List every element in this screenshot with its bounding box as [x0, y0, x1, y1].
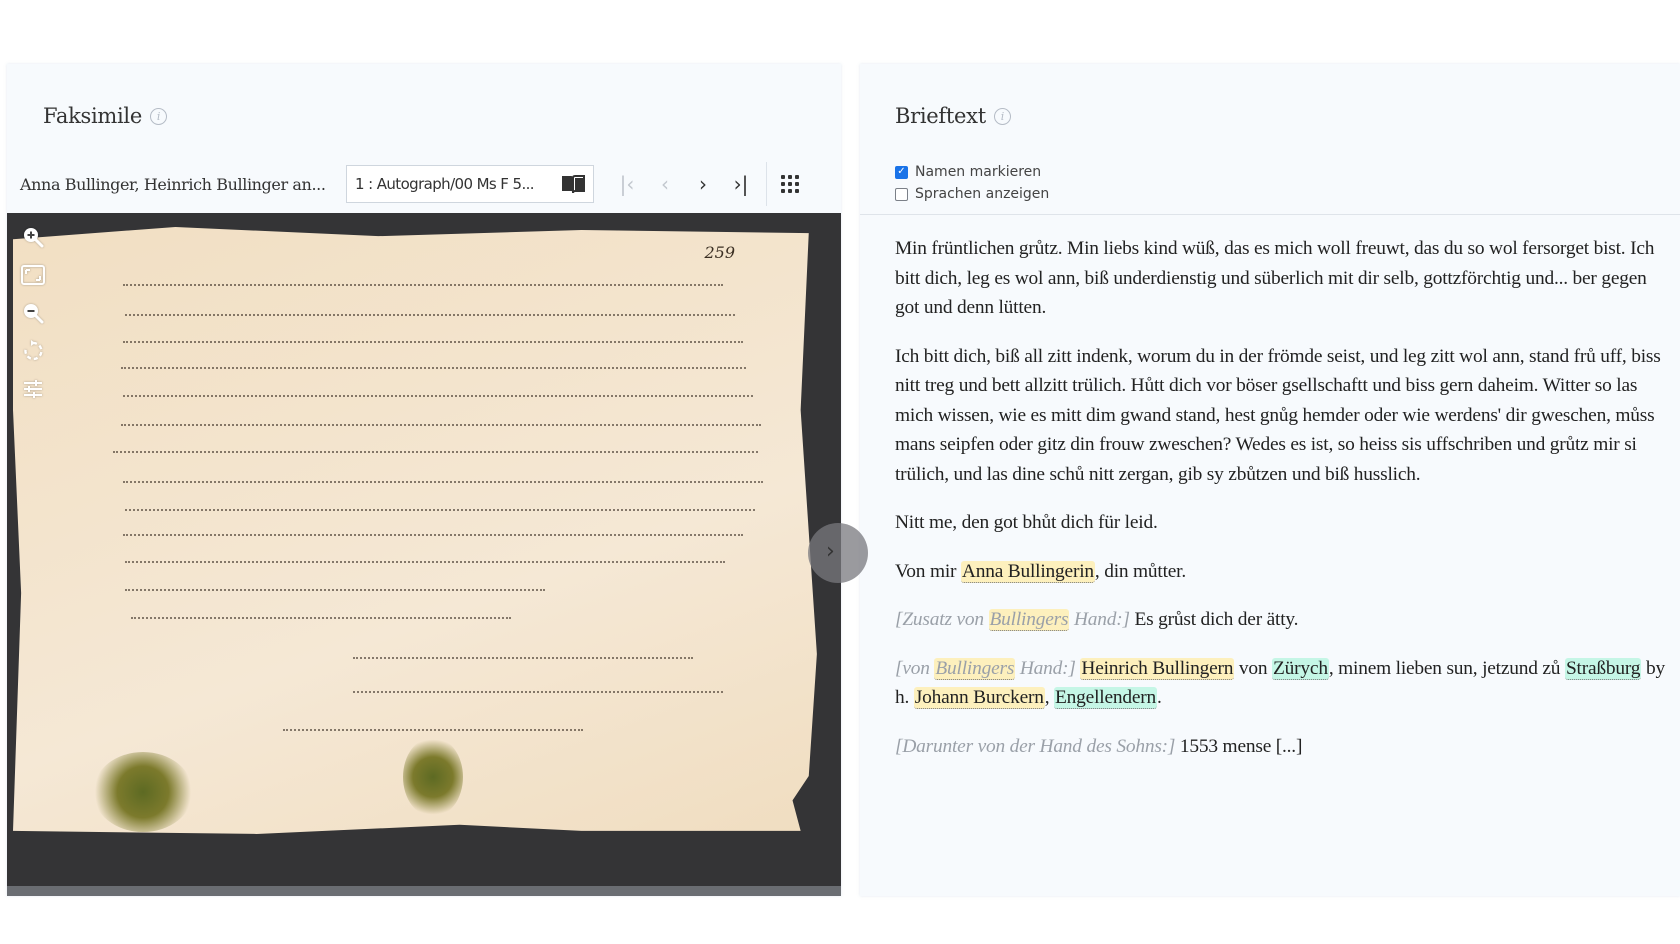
rotate-icon[interactable] [21, 339, 45, 363]
show-languages-checkbox[interactable] [895, 188, 908, 201]
paragraph-6: [von Bullingers Hand:] Heinrich Bullinge… [895, 654, 1670, 713]
viewer-scrollbar[interactable] [7, 886, 841, 896]
facsimile-panel: Faksimile i Anna Bullinger, Heinrich Bul… [7, 64, 841, 896]
brieftext-title-text: Brieftext [895, 104, 986, 128]
brieftext-panel: Brieftext i ✓ Namen markieren Sprachen a… [860, 64, 1680, 896]
side-panel-toggle[interactable]: › [808, 523, 868, 583]
mark-names-checkbox[interactable]: ✓ [895, 166, 908, 179]
facsimile-viewer[interactable]: 259 [7, 213, 841, 896]
page-select[interactable]: 1 : Autograph/00 Ms F 5... [346, 165, 594, 203]
adjust-icon[interactable] [21, 377, 45, 401]
editorial-note: [Zusatz von Bullingers Hand:] [895, 609, 1130, 631]
prev-page-button[interactable]: ‹ [646, 165, 684, 203]
zoom-in-icon[interactable] [21, 225, 45, 249]
place-name[interactable]: Straßburg [1565, 658, 1641, 680]
text: 1553 mense [...] [1175, 736, 1302, 757]
last-page-button[interactable]: ›| [722, 165, 760, 203]
editorial-note: [Darunter von der Hand des Sohns:] [895, 736, 1175, 757]
manuscript-image: 259 [13, 227, 825, 837]
viewer-tools [21, 225, 45, 401]
zoom-out-icon[interactable] [21, 301, 45, 325]
paragraph-2: Ich bitt dich, biß all zitt indenk, woru… [895, 342, 1670, 490]
folio-number: 259 [704, 243, 735, 262]
letter-text: Min früntlichen grůtz. Min liebs kind wü… [895, 234, 1670, 780]
chevron-right-icon: › [826, 539, 835, 564]
brieftext-title: Brieftext i [895, 104, 1011, 128]
toolbar-divider [766, 162, 767, 206]
paragraph-4: Von mir Anna Bullingerin, din můtter. [895, 557, 1670, 587]
document-title: Anna Bullinger, Heinrich Bullinger an... [20, 175, 338, 194]
option-mark-names[interactable]: ✓ Namen markieren [895, 161, 1049, 183]
mark-names-label[interactable]: Namen markieren [915, 161, 1041, 183]
person-name[interactable]: Bullingers [934, 658, 1015, 680]
person-name[interactable]: Anna Bullingerin [961, 561, 1095, 583]
paragraph-3: Nitt me, den got bhůt dich für leid. [895, 508, 1670, 538]
next-page-button[interactable]: › [684, 165, 722, 203]
option-show-languages[interactable]: Sprachen anzeigen [895, 183, 1049, 205]
place-name[interactable]: Zürych [1272, 658, 1329, 680]
person-name[interactable]: Heinrich Bullingern [1080, 658, 1234, 680]
text: Es grůst dich der ätty. [1130, 609, 1298, 630]
place-name[interactable]: Engellendern [1054, 687, 1157, 709]
info-icon[interactable]: i [994, 108, 1011, 125]
page-navigation: |‹ ‹ › ›| [608, 165, 760, 203]
editorial-note: [von Bullingers Hand:] [895, 658, 1076, 680]
text: Von mir [895, 561, 961, 582]
fullscreen-icon[interactable] [21, 263, 45, 287]
paragraph-5: [Zusatz von Bullingers Hand:] Es grůst d… [895, 605, 1670, 635]
info-icon[interactable]: i [150, 108, 167, 125]
text: , din můtter. [1095, 561, 1186, 582]
page-select-value: 1 : Autograph/00 Ms F 5... [355, 175, 534, 193]
person-name[interactable]: Bullingers [989, 609, 1070, 631]
options-divider [860, 214, 1680, 215]
facsimile-toolbar: Anna Bullinger, Heinrich Bullinger an...… [7, 155, 841, 213]
paragraph-1: Min früntlichen grůtz. Min liebs kind wü… [895, 234, 1670, 323]
facsimile-title: Faksimile i [43, 104, 167, 128]
paragraph-7: [Darunter von der Hand des Sohns:] 1553 … [895, 732, 1670, 762]
person-name[interactable]: Johann Burckern [914, 687, 1045, 709]
display-options: ✓ Namen markieren Sprachen anzeigen [895, 161, 1049, 205]
show-languages-label[interactable]: Sprachen anzeigen [915, 183, 1049, 205]
first-page-button[interactable]: |‹ [608, 165, 646, 203]
grid-view-icon[interactable] [781, 175, 799, 193]
book-icon[interactable] [561, 174, 585, 194]
facsimile-title-text: Faksimile [43, 104, 142, 128]
